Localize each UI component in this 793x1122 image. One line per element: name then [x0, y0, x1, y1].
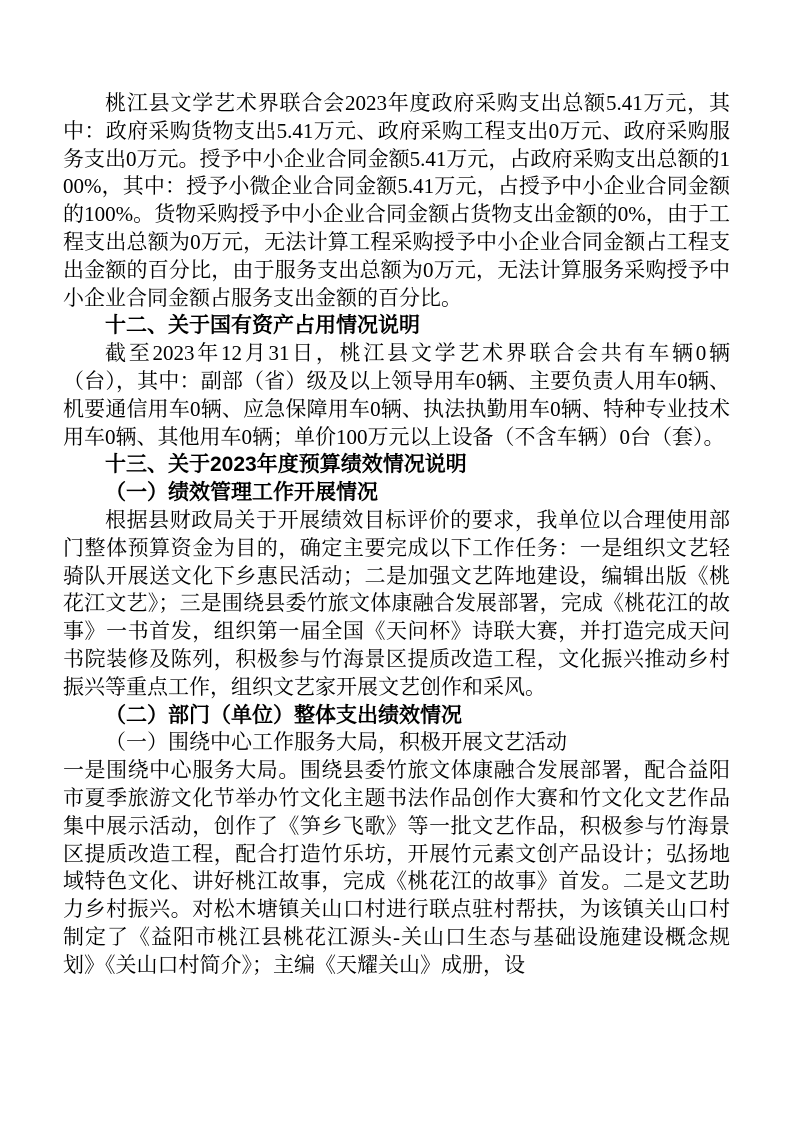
document-page: 桃江县文学艺术界联合会2023年度政府采购支出总额5.41万元，其中：政府采购货… — [0, 0, 793, 1122]
paragraph-performance-tasks: 根据县财政局关于开展绩效目标评价的要求，我单位以合理使用部门整体预算资金为目的，… — [63, 507, 730, 702]
heading-section-12-state-assets: 十二、关于国有资产占用情况说明 — [63, 312, 730, 340]
paragraph-vehicles-equipment: 截至2023年12月31日，桃江县文学艺术界联合会共有车辆0辆（台），其中：副部… — [63, 340, 730, 451]
heading-department-overall-expenditure: （二）部门（单位）整体支出绩效情况 — [63, 702, 730, 730]
paragraph-subheading-central-work: （一）围绕中心工作服务大局，积极开展文艺活动 — [63, 729, 730, 757]
paragraph-government-procurement: 桃江县文学艺术界联合会2023年度政府采购支出总额5.41万元，其中：政府采购货… — [63, 90, 730, 312]
heading-performance-management-work: （一）绩效管理工作开展情况 — [63, 479, 730, 507]
heading-section-13-budget-performance: 十三、关于2023年度预算绩效情况说明 — [63, 451, 730, 479]
paragraph-art-activities-rural-revitalization: 一是围绕中心服务大局。围绕县委竹旅文体康融合发展部署，配合益阳市夏季旅游文化节举… — [63, 757, 730, 979]
